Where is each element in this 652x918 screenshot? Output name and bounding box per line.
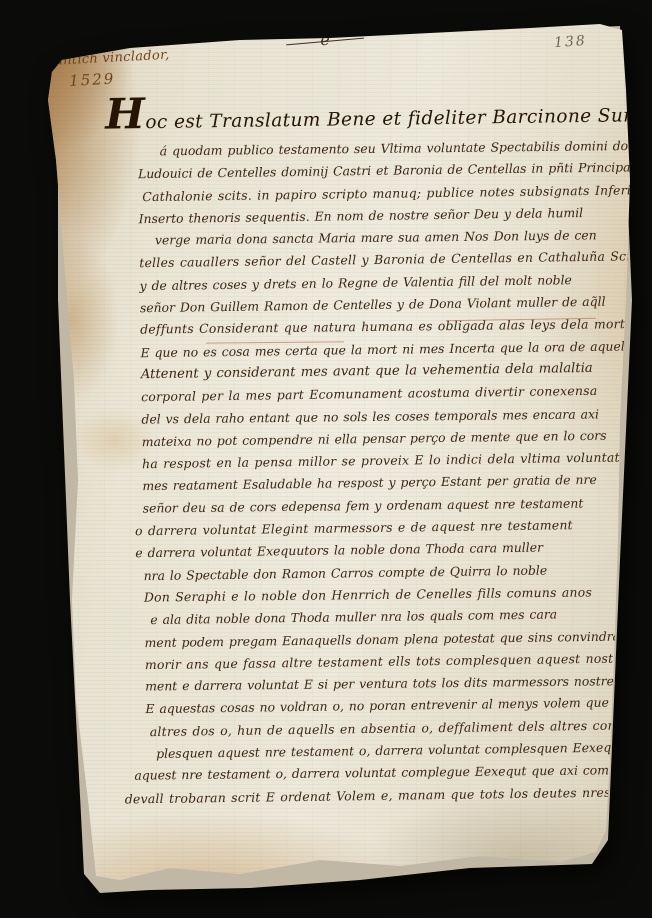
manuscript-text: Hoc est Translatum Bene et fideliter Bar…	[123, 103, 619, 811]
folio-number: 138	[553, 33, 587, 51]
heading-line: Hoc est Translatum Bene et fideliter Bar…	[105, 103, 609, 134]
notarial-mark: e	[280, 28, 371, 50]
manuscript-sheet: stament de Don Luys de Sentelles lo anti…	[0, 0, 652, 918]
manuscript-page: stament de Don Luys de Sentelles lo anti…	[0, 0, 652, 918]
archival-annotation: stament de Don Luys de Sentelles lo anti…	[45, 18, 282, 93]
body-lines: á quodam publico testamento seu Vltima v…	[124, 135, 619, 811]
notarial-mark-letter: e	[320, 30, 330, 49]
photo-background: stament de Don Luys de Sentelles lo anti…	[0, 0, 652, 918]
manuscript-line: del vs dela raho entant que no sols les …	[141, 403, 613, 431]
